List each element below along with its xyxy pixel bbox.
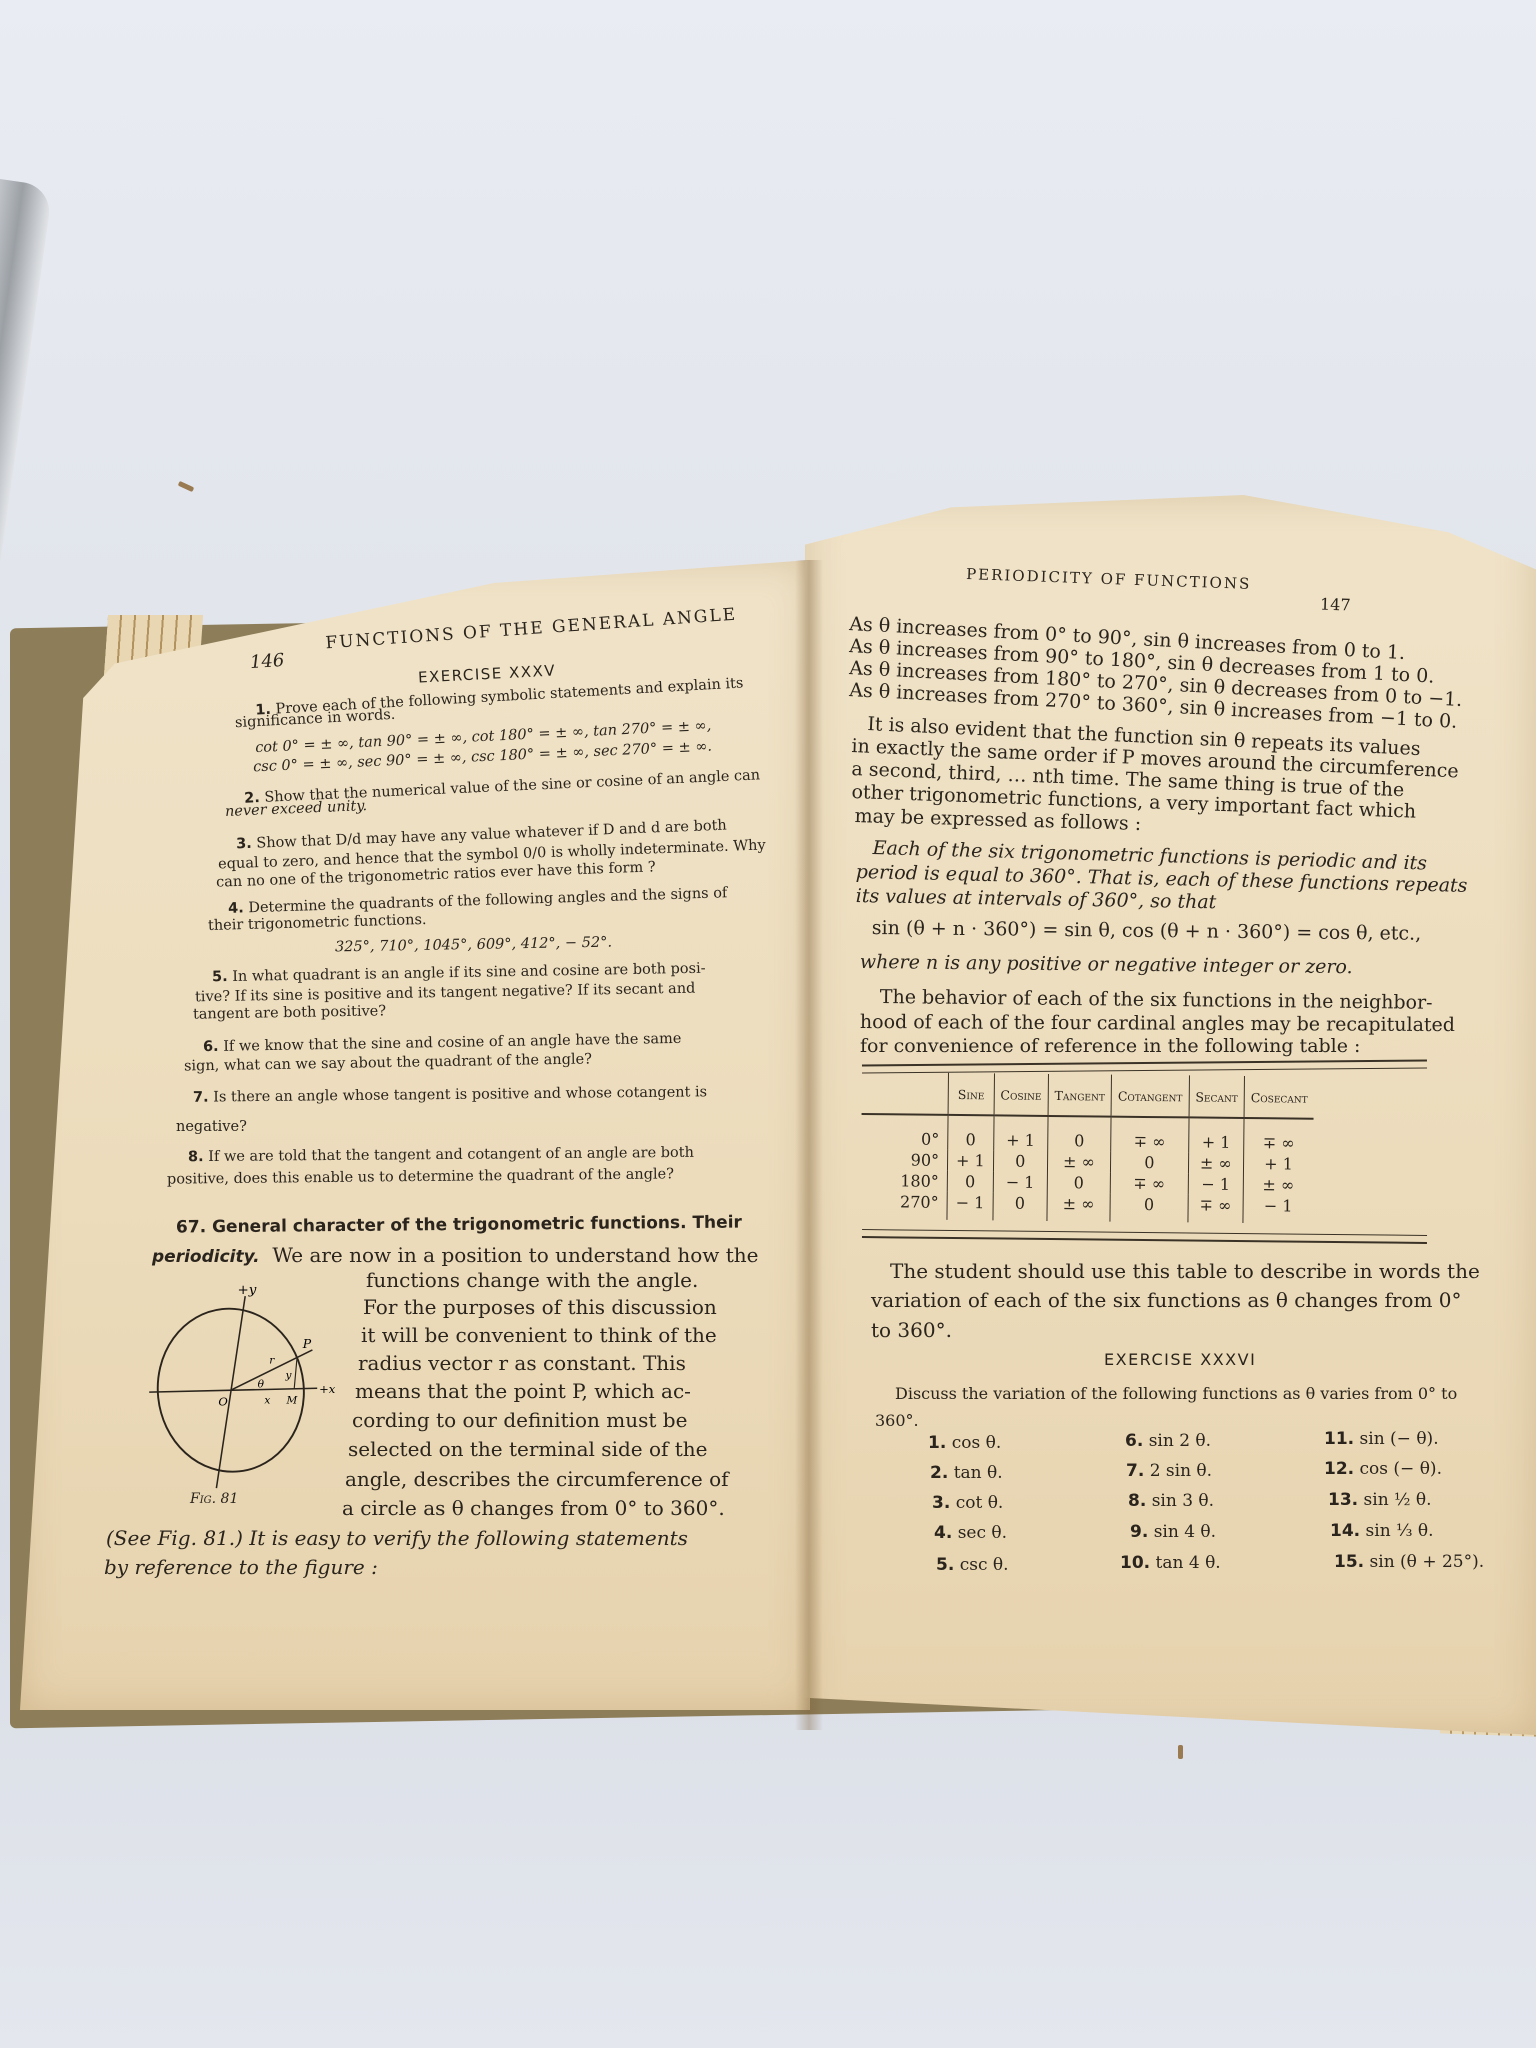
unit-circle-figure: +y +x O P M r y x θ xyxy=(130,1275,370,1515)
origin-label: O xyxy=(218,1395,228,1409)
table-row: 0°0+ 10∓ ∞+ 1∓ ∞ xyxy=(861,1114,1313,1154)
angle-label: θ xyxy=(258,1378,265,1390)
exercise-item: 9. sin 4 θ. xyxy=(1130,1521,1216,1543)
exercise-item: 3. cot θ. xyxy=(932,1492,1003,1514)
glass-object xyxy=(0,178,53,662)
exercise-item: 15. sin (θ + 25°). xyxy=(1334,1551,1484,1573)
exercise-item: 1. cos θ. xyxy=(928,1432,1001,1454)
page-number-left: 146 xyxy=(249,649,285,675)
table-row: 270°− 10± ∞0∓ ∞− 1 xyxy=(860,1191,1312,1224)
exercise-item: 6. sin 2 θ. xyxy=(1125,1430,1211,1452)
exercise-item: 13. sin ½ θ. xyxy=(1328,1489,1432,1511)
table-header-row: Sine Cosine Tangent Cotangent Secant Cos… xyxy=(862,1072,1314,1119)
exercise-item: 14. sin ⅓ θ. xyxy=(1330,1520,1434,1542)
exercise-item: 11. sin (− θ). xyxy=(1324,1428,1439,1450)
point-label: P xyxy=(302,1336,312,1351)
debris-speck xyxy=(1178,1745,1183,1759)
cardinal-angles-table: Sine Cosine Tangent Cotangent Secant Cos… xyxy=(860,1072,1313,1224)
y-axis-label: +y xyxy=(238,1283,257,1298)
debris-speck xyxy=(178,481,195,492)
exercise-item: 7. 2 sin θ. xyxy=(1126,1460,1212,1482)
book-gutter xyxy=(795,560,823,1730)
exercise-item: 4. sec θ. xyxy=(934,1522,1007,1544)
page-number-right: 147 xyxy=(1320,594,1351,616)
exercise-item: 8. sin 3 θ. xyxy=(1128,1490,1214,1512)
x-axis-label: +x xyxy=(319,1382,336,1396)
exercise-item: 5. csc θ. xyxy=(936,1554,1009,1576)
figure-caption: Fig. 81 xyxy=(190,1490,238,1508)
foot-label: M xyxy=(285,1395,298,1407)
exercise-item: 2. tan θ. xyxy=(930,1462,1003,1484)
radius-label: r xyxy=(269,1354,275,1366)
exercise-item: 10. tan 4 θ. xyxy=(1120,1552,1221,1574)
abscissa-label: x xyxy=(264,1395,270,1407)
exercise-title-xxxvi: EXERCISE XXXVI xyxy=(1104,1350,1256,1371)
exercise-item: 12. cos (− θ). xyxy=(1324,1458,1442,1480)
ordinate-label: y xyxy=(285,1370,293,1382)
